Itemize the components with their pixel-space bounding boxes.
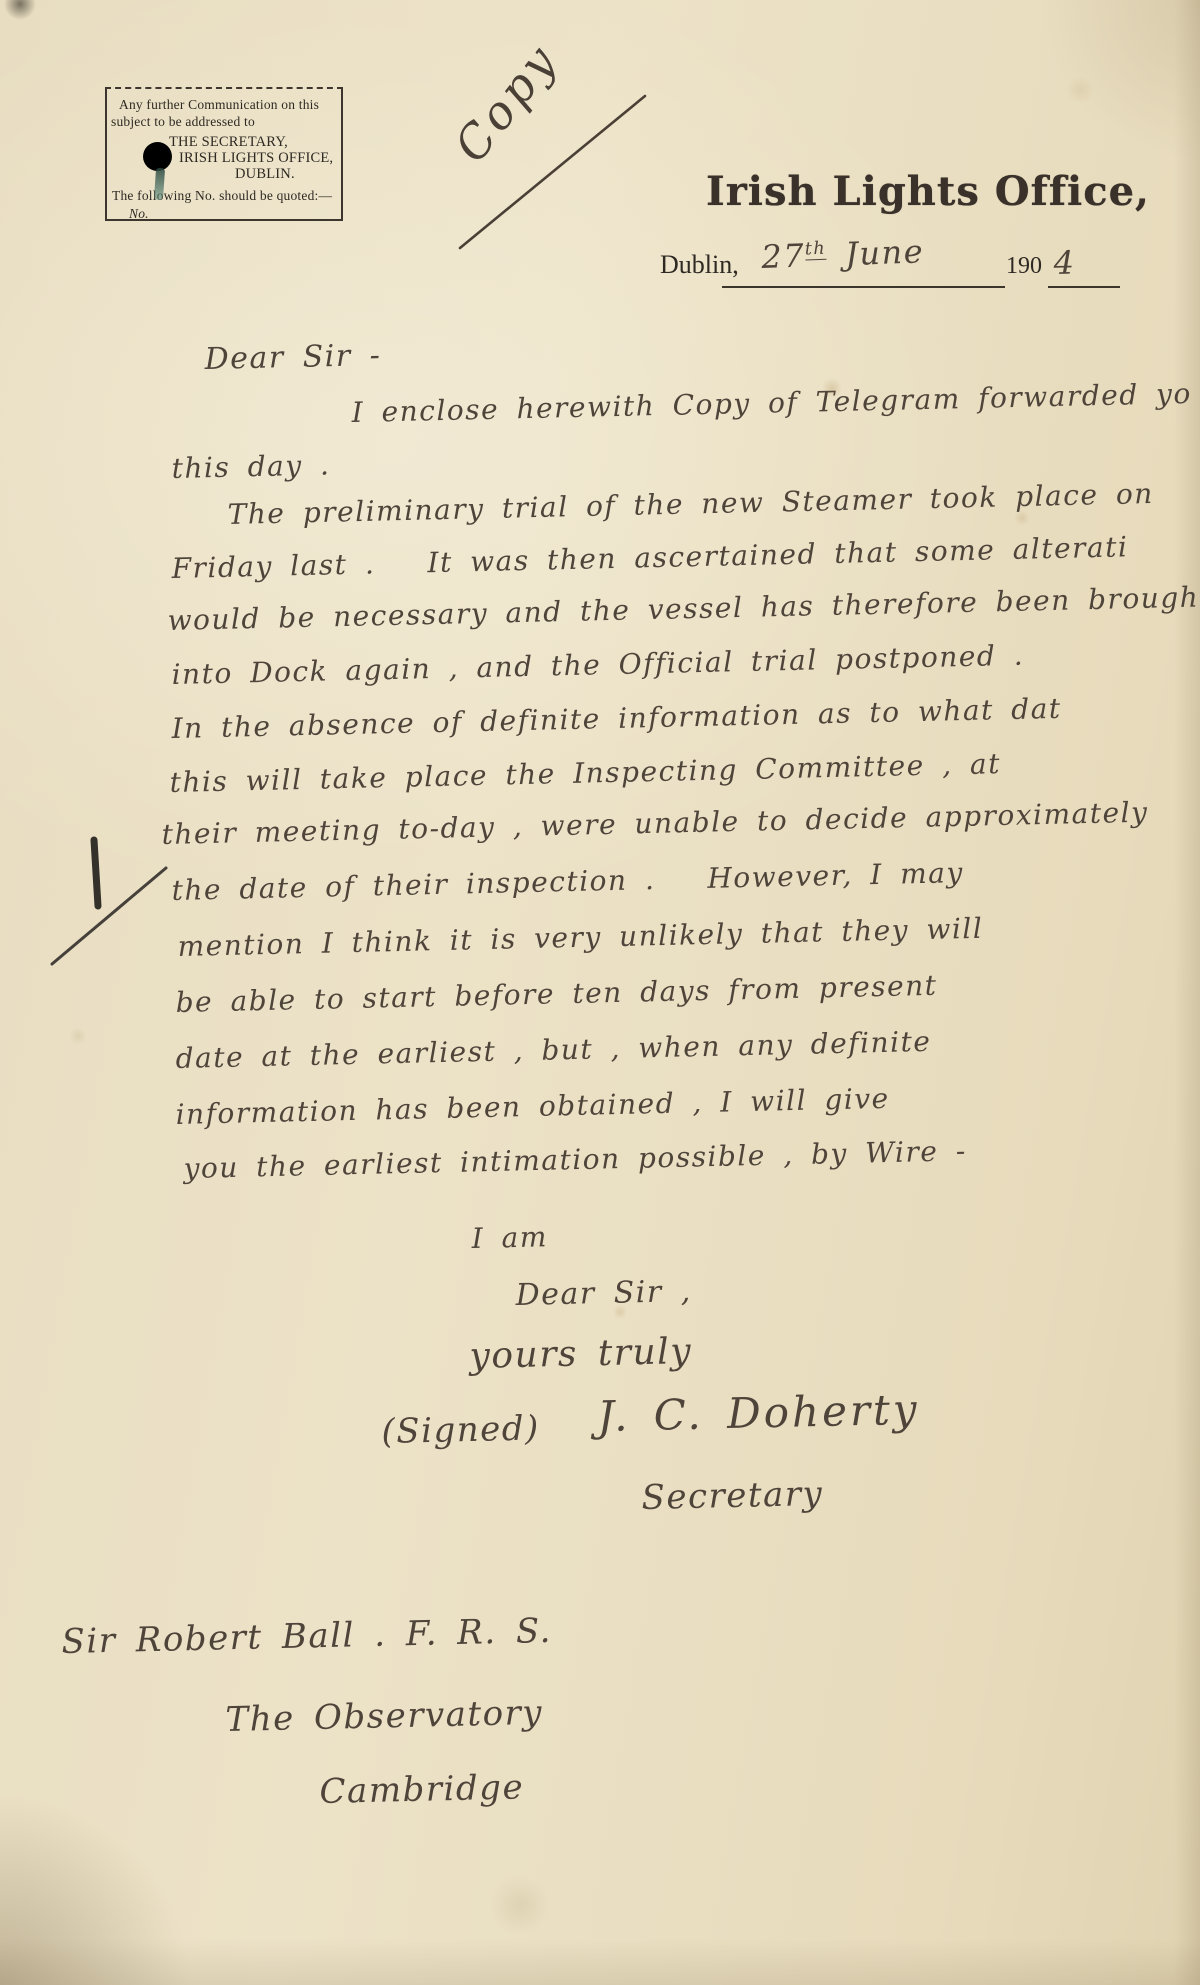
stamp-quote-instruction: The following No. should be quoted:— [112, 188, 332, 204]
signature: J. C. Doherty [597, 1385, 920, 1441]
body-line: into Dock again , and the Official trial… [171, 639, 1024, 691]
recipient-address2: Cambridge [319, 1767, 524, 1812]
body-line: The preliminary trial of the new Steamer… [227, 477, 1154, 531]
date-month: June [826, 232, 925, 273]
stamp-addressee-city: DUBLIN. [235, 166, 295, 183]
closing-i-am: I am [471, 1220, 548, 1255]
body-line: the date of their inspection . However, … [171, 856, 964, 907]
body-line: In the absence of definite information a… [171, 692, 1062, 745]
stamp-no-label: No. [129, 206, 149, 222]
recipient-name: Sir Robert Ball . F. R. S. [61, 1611, 552, 1662]
letter-page: Any further Communication on this subjec… [0, 0, 1200, 1985]
salutation: Dear Sir - [204, 338, 381, 377]
year-underline [1048, 286, 1120, 288]
letterhead-city-label: Dublin, [660, 250, 739, 280]
stamp-notice-line2: subject to be addressed to [111, 114, 255, 130]
stamp-box: Any further Communication on this subjec… [105, 87, 343, 221]
body-line: be able to start before ten days from pr… [175, 969, 938, 1019]
signer-title: Secretary [641, 1474, 824, 1518]
body-line: would be necessary and the vessel has th… [167, 581, 1199, 637]
body-line: date at the earliest , but , when any de… [175, 1025, 931, 1075]
body-line: you the earliest intimation possible , b… [183, 1134, 967, 1185]
closing-valediction: yours truly [469, 1331, 692, 1377]
stamp-notice-line1: Any further Communication on this [119, 97, 319, 113]
ink-blot [143, 142, 172, 171]
stamp-addressee-office: IRISH LIGHTS OFFICE, [179, 150, 333, 167]
signed-label: (Signed) [381, 1408, 540, 1452]
handwritten-date: 27th June [761, 232, 925, 276]
closing-dear-sir: Dear Sir , [515, 1274, 692, 1313]
body-line: this will take place the Inspecting Comm… [169, 747, 1001, 799]
recipient-address1: The Observatory [225, 1693, 543, 1740]
body-line: this day . [171, 448, 330, 485]
letterhead-office-name: Irish Lights Office, [706, 168, 1150, 215]
date-day: 27 [761, 236, 806, 276]
date-suffix: th [804, 239, 826, 261]
body-line: I enclose herewith Copy of Telegram forw… [351, 377, 1192, 429]
stamp-no-underline [155, 220, 305, 221]
body-line: information has been obtained , I will g… [175, 1082, 890, 1131]
copy-annotation: Copy [443, 33, 568, 172]
date-underline [722, 286, 1005, 288]
stamp-addressee-secretary: THE SECRETARY, [169, 134, 288, 151]
body-line: their meeting to-day , were unable to de… [161, 796, 1148, 851]
handwritten-year-digit: 4 [1053, 244, 1076, 282]
body-line: Friday last . It was then ascertained th… [171, 530, 1128, 585]
printed-year: 190 [1006, 253, 1042, 280]
body-line: mention I think it is very unlikely that… [177, 912, 983, 963]
